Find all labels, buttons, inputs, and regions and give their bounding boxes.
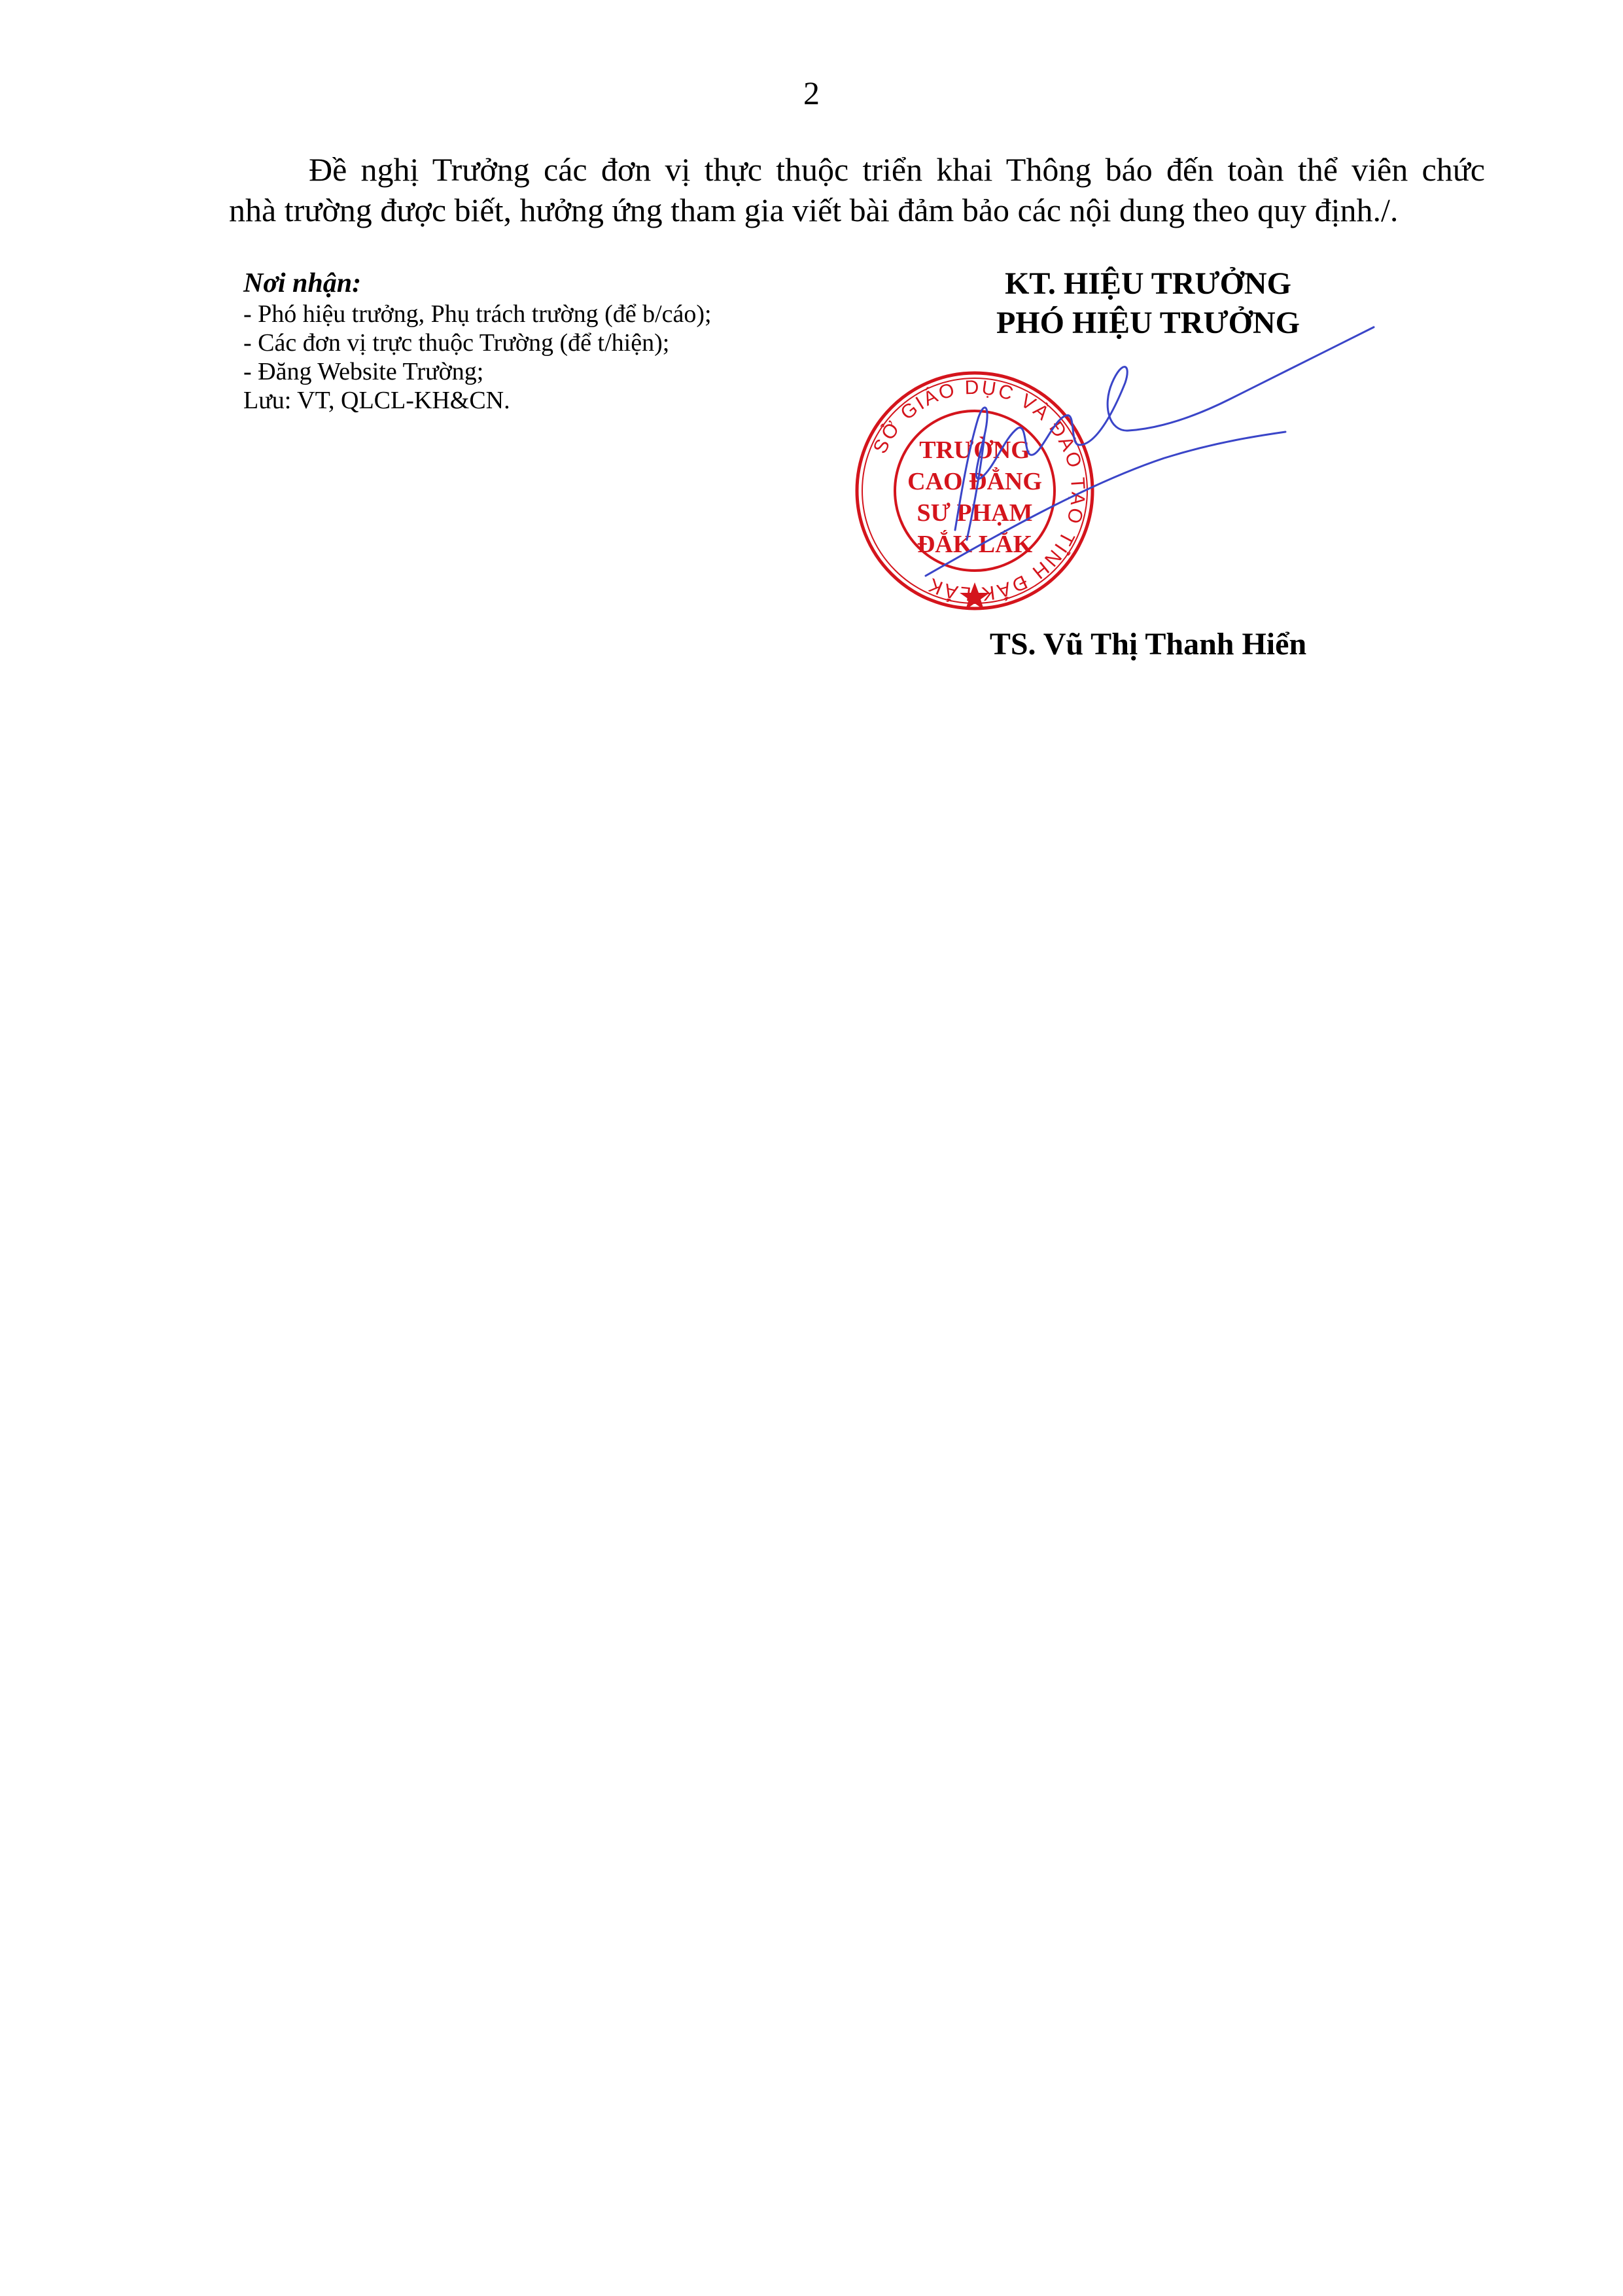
recipients-block: Nơi nhận: - Phó hiệu trưởng, Phụ trách t… (243, 267, 832, 415)
page-number: 2 (0, 73, 1623, 113)
signer-name: TS. Vũ Thị Thanh Hiển (903, 625, 1393, 664)
recipient-item: Lưu: VT, QLCL-KH&CN. (243, 386, 832, 415)
handwritten-signature-icon (850, 321, 1439, 622)
body-line-2: nhà trường được biết, hưởng ứng tham gia… (229, 190, 1485, 230)
recipient-item: - Phó hiệu trưởng, Phụ trách trường (để … (243, 300, 832, 328)
signature-title-line-1: KT. HIỆU TRƯỞNG (903, 264, 1393, 304)
body-paragraph: Đề nghị Trưởng các đơn vị thực thuộc tri… (229, 149, 1485, 230)
recipients-heading: Nơi nhận: (243, 267, 832, 300)
recipient-item: - Các đơn vị trực thuộc Trường (để t/hiệ… (243, 328, 832, 357)
body-line-1: Đề nghị Trưởng các đơn vị thực thuộc tri… (229, 149, 1485, 190)
recipient-item: - Đăng Website Trường; (243, 357, 832, 386)
